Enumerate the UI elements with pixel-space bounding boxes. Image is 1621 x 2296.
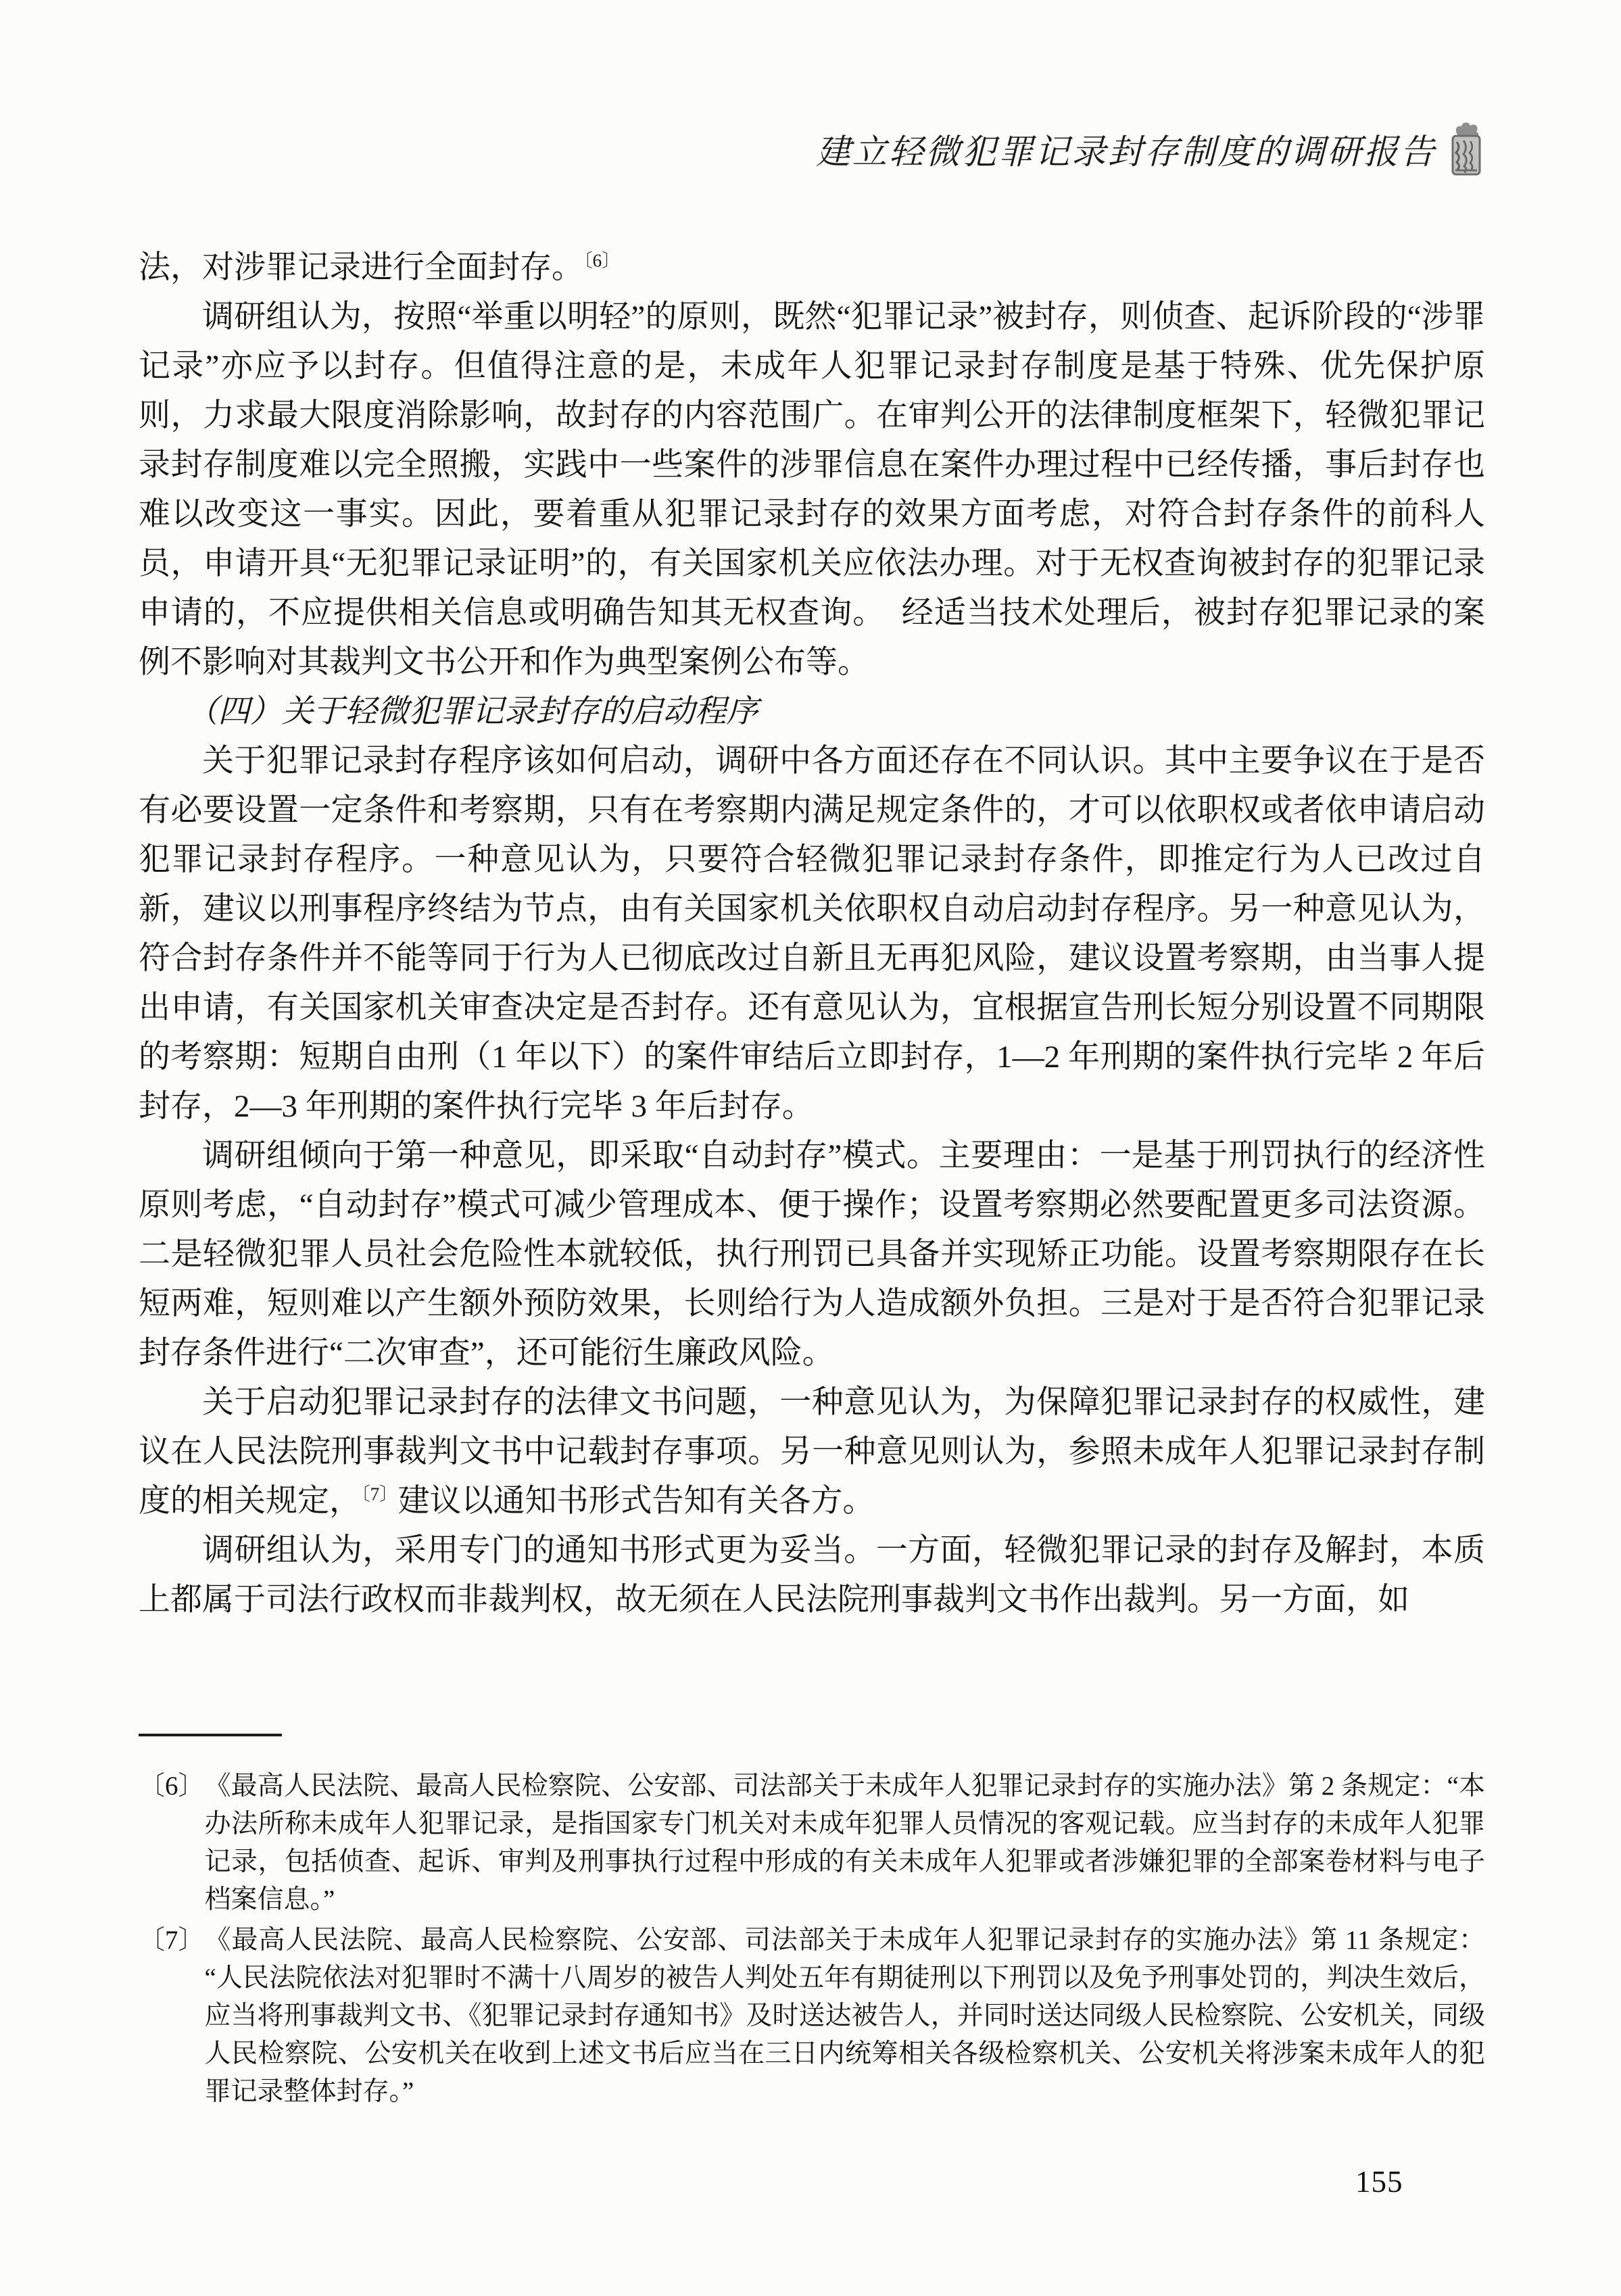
- footnote-text: 《最高人民法院、最高人民检察院、公安部、司法部关于未成年人犯罪记录封存的实施办法…: [205, 1767, 1485, 1919]
- document-page: 建立轻微犯罪记录封存制度的调研报告 法，对涉罪记录进行全面封存。〔6〕 调研组认…: [0, 0, 1621, 2296]
- footnote-ref-7: 〔7〕: [361, 1484, 398, 1504]
- ink-seal-stamp-icon: [1447, 120, 1485, 177]
- footnote-marker: 〔7〕: [139, 1922, 205, 2111]
- running-head: 建立轻微犯罪记录封存制度的调研报告: [139, 120, 1485, 177]
- paragraph-with-footnote-ref: 关于启动犯罪记录封存的法律文书问题，一种意见认为，为保障犯罪记录封存的权威性，建…: [139, 1378, 1485, 1526]
- footnote-item: 〔7〕 《最高人民法院、最高人民检察院、公安部、司法部关于未成年人犯罪记录封存的…: [139, 1922, 1485, 2111]
- paragraph-continuation: 法，对涉罪记录进行全面封存。〔6〕: [139, 243, 1485, 293]
- paragraph-text: 建议以通知书形式告知有关各方。: [398, 1484, 875, 1519]
- paragraph: 调研组认为，采用专门的通知书形式更为妥当。一方面，轻微犯罪记录的封存及解封，本质…: [139, 1526, 1485, 1625]
- footnotes-section: 〔6〕 《最高人民法院、最高人民检察院、公安部、司法部关于未成年人犯罪记录封存的…: [139, 1734, 1485, 2114]
- footnote-marker: 〔6〕: [139, 1767, 205, 1919]
- footnote-text: 《最高人民法院、最高人民检察院、公安部、司法部关于未成年人犯罪记录封存的实施办法…: [205, 1922, 1485, 2111]
- footnote-separator-rule: [139, 1734, 282, 1736]
- paragraph-text: 法，对涉罪记录进行全面封存。: [139, 250, 583, 285]
- page-number: 155: [1355, 2164, 1403, 2199]
- footnote-ref-6: 〔6〕: [583, 250, 621, 270]
- footnote-item: 〔6〕 《最高人民法院、最高人民检察院、公安部、司法部关于未成年人犯罪记录封存的…: [139, 1767, 1485, 1919]
- paragraph: 调研组倾向于第一种意见，即采取“自动封存”模式。主要理由：一是基于刑罚执行的经济…: [139, 1131, 1485, 1378]
- paragraph: 关于犯罪记录封存程序该如何启动，调研中各方面还存在不同认识。其中主要争议在于是否…: [139, 737, 1485, 1131]
- running-head-title: 建立轻微犯罪记录封存制度的调研报告: [816, 124, 1436, 174]
- body-text: 法，对涉罪记录进行全面封存。〔6〕 调研组认为，按照“举重以明轻”的原则，既然“…: [139, 243, 1485, 1625]
- paragraph: 调研组认为，按照“举重以明轻”的原则，既然“犯罪记录”被封存，则侦查、起诉阶段的…: [139, 293, 1485, 687]
- section-subheading: （四）关于轻微犯罪记录封存的启动程序: [139, 687, 1485, 737]
